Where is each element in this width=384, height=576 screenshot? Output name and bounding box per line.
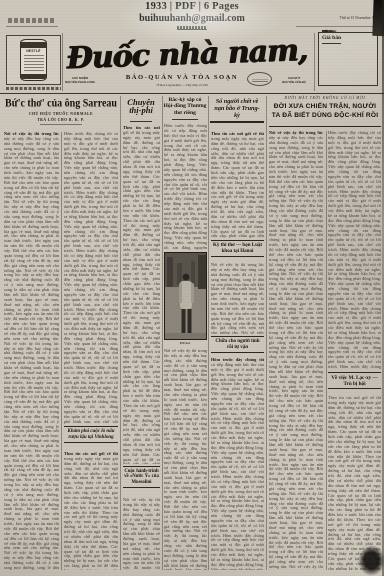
office-address: 78 Rue Lagrandière — Dây thép số 4.99 — [96, 84, 268, 87]
photo-illustration — [165, 253, 207, 340]
column-divider — [120, 96, 121, 570]
body-text-column: Hôm trước đây chúng tôi có tiếp đặng một… — [211, 358, 264, 570]
body-text-column: Hôm trước đây chúng tôi có tiếp đặng một… — [164, 124, 207, 250]
deck-sarreau-1: CHỦ HIỆU THUỐC NORMALE — [4, 112, 118, 116]
body-text-column: Nói về việc ấy thì trong lúc nầy ai nấy … — [123, 498, 160, 570]
body-text-column: Hôm trước đây chúng tôi có tiếp đặng một… — [64, 132, 118, 424]
headline-lac-xy-meeting: Về việc M. Lạc-xy — Trù bị hội — [328, 372, 381, 389]
scan-artifact-bottom-right — [358, 545, 384, 576]
headline-chuyen-thi-phi: Chuyện thị-phi — [121, 98, 161, 115]
headline-vinhlong-distillery: Khám phá cuộc lò nấu rượu lậu tại Vinhlo… — [64, 426, 118, 443]
body-text-column: Theo tin các nơi gởi về thì trong mấy ng… — [328, 396, 381, 570]
price-value: 0 06 — [322, 28, 328, 35]
digitizer-stamp-line: 1933 | PDF | 6 Pages — [0, 1, 384, 13]
headline-rule — [130, 121, 152, 122]
staff-left-name: NGUYỄN-PHAN-LONG — [60, 81, 100, 85]
price-box-title: Giá bán — [322, 35, 341, 44]
staff-right-name: NGUYỄN-VĂN-BÁ — [274, 81, 314, 85]
issue-number-note — [8, 18, 56, 23]
can-band — [21, 42, 46, 48]
subscription-price-box: Giá bán Một năm13$00 Sáu tháng7 00 Ba th… — [318, 32, 378, 86]
deck-sarreau-2: TRẢ LỜI CHO B. K. P. — [4, 118, 118, 122]
headline-mussolini-italy: Cuộc hành-trình về «Nước Ý» của Mussolin… — [123, 466, 160, 488]
body-text-column: Nói về việc ấy thì trong lúc nầy ai nấy … — [269, 131, 323, 570]
body-text-column: Theo tin các nơi gởi về thì trong mấy ng… — [211, 132, 264, 238]
headline-sarreau-letter: Bứ'c thơ' của ông Sarreau — [4, 98, 118, 110]
headline-rule — [172, 119, 198, 120]
headline-hanoi-law-exam: Kỳ thi thơ — bọn Luật khoa tại Hanoi — [211, 240, 264, 257]
column-divider — [208, 96, 209, 570]
office-label: BÁO-QUÁN VÀ TÒA SOẠN — [112, 75, 252, 82]
rule-under-date — [296, 26, 380, 27]
postal-stamp-oval — [247, 72, 272, 86]
rule-under-issue — [6, 26, 58, 27]
headline-lover-suicide: Chữa cho người tình rồi tự vận — [211, 336, 264, 353]
staff-right-label: CHỦ BÚT NGUYỄN-VĂN-BÁ — [274, 77, 314, 84]
nestle-milk-ad: NESTLÉ — [6, 35, 61, 85]
can-label-text-lines — [24, 55, 44, 71]
body-text-column: Nói về việc ấy thì trong lúc nầy ai nấy … — [164, 349, 207, 570]
milk-can-illustration: NESTLÉ — [20, 39, 47, 81]
body-text-column: Theo tin các nơi gởi về thì trong mấy ng… — [64, 452, 118, 570]
photo-caption: Hitler — [164, 342, 207, 345]
headline-poison-gas: ĐỜI XƯA CHIẾN TRẬN, NGƯỜI TA ĐÃ BIẾT DÙN… — [269, 103, 381, 120]
headline-bac-ky-council: Bắc-kỳ sắp có Hội-đồng Thương thơ riêng — [163, 97, 207, 116]
body-text-column: Nói về việc ấy thì trong lúc nầy ai nấy … — [4, 132, 59, 570]
column-divider — [61, 132, 62, 570]
date-line: Thứ tư 15 Novembre 1933 — [295, 17, 379, 21]
can-brand-label: NESTLÉ — [21, 50, 46, 53]
headline-rule — [269, 126, 381, 127]
body-text-column: Hôm trước đây chúng tôi có tiếp đặng một… — [328, 131, 381, 370]
staff-left-label: CHỦ NHIỆM NGUYỄN-PHAN-LONG — [60, 77, 100, 84]
eyebrow-nothing-new-under-sun: DƯỚI MẶT TRỜI KHÔNG CÓ GÌ MỚI — [269, 97, 381, 101]
masthead-bottom-rule — [0, 93, 384, 94]
stamp-inner-marks — [252, 77, 268, 82]
masthead-divider — [314, 33, 315, 91]
column-divider — [266, 96, 267, 570]
tiny-stamp-text — [177, 26, 207, 30]
news-photo — [164, 252, 207, 340]
column-divider — [326, 131, 327, 570]
newspaper-page: 1933 | PDF | 6 Pages buihuuhanh@gmail.co… — [0, 0, 384, 576]
column-divider — [162, 96, 163, 570]
headline-storm-deaths: Số người chết về nạn bão ở Trung-kỳ — [210, 97, 264, 123]
body-text-column: Theo tin các nơi gởi về thì trong mấy ng… — [123, 126, 160, 464]
deck-rule — [40, 124, 82, 125]
body-text-column: Nói về việc ấy thì trong lúc nầy ai nấy … — [211, 263, 264, 334]
can-band — [21, 74, 46, 79]
ad-caption-text — [6, 87, 61, 91]
